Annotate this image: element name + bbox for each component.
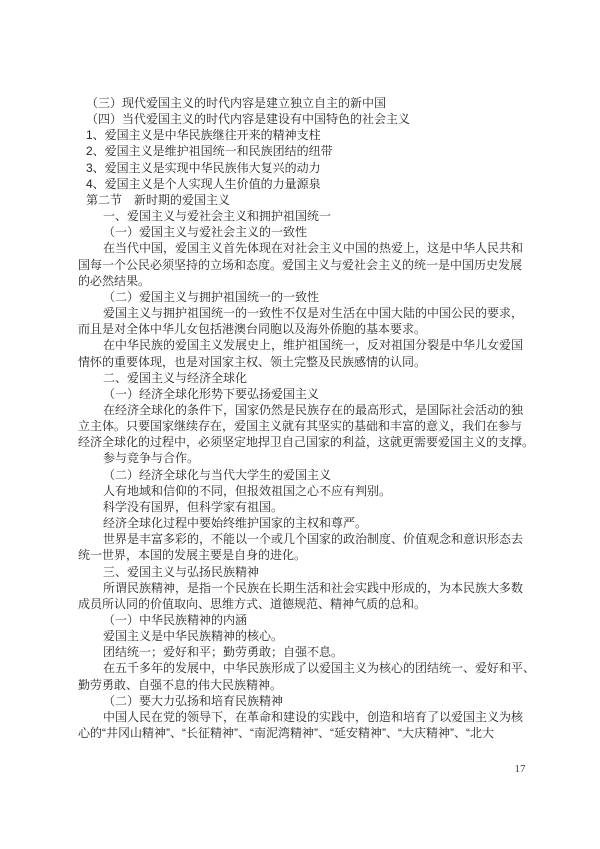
text-line: 中国人民在党的领导下，在革命和建设的实践中，创造和培育了以爱国主义为核 [78,709,538,725]
text-line: 经济全球化的过程中，必须坚定地捍卫自己国家的利益，这就更需要爱国主义的支撑。 [78,434,538,450]
page-number: 17 [510,763,530,775]
text-line: 统一世界，本国的发展主要是自身的进化。 [78,547,538,563]
text-line: 1、爱国主义是中华民族继往开来的精神支柱 [78,127,538,143]
text-line: （二）爱国主义与拥护祖国统一的一致性 [78,289,538,305]
text-line: 所谓民族精神，是指一个民族在长期生活和社会实践中形成的，为本民族大多数 [78,580,538,596]
text-line: 二、爱国主义与经济全球化 [78,370,538,386]
text-line: 参与竞争与合作。 [78,450,538,466]
text-line: 立主体。只要国家继续存在，爱国主义就有其坚实的基础和丰富的意义，我们在参与 [78,418,538,434]
text-line: （一）经济全球化形势下要弘扬爱国主义 [78,386,538,402]
text-line: 人有地域和信仰的不同，但报效祖国之心不应有判别。 [78,483,538,499]
text-line: （二）要大力弘扬和培育民族精神 [78,693,538,709]
page-text-block: （三）现代爱国主义的时代内容是建立独立自主的新中国（四）当代爱国主义的时代内容是… [78,95,538,741]
text-line: 心的“井冈山精神”、“长征精神”、“南泥湾精神”、“延安精神”、“大庆精神”、“… [78,725,538,741]
text-line: 三、爱国主义与弘扬民族精神 [78,564,538,580]
text-line: 爱国主义与拥护祖国统一的一致性不仅是对生活在中国大陆的中国公民的要求， [78,305,538,321]
text-line: 4、爱国主义是个人实现人生价值的力量源泉 [78,176,538,192]
text-line: 国每一个公民必须坚持的立场和态度。爱国主义与爱社会主义的统一是中国历史发展 [78,257,538,273]
text-line: 3、爱国主义是实现中华民族伟大复兴的动力 [78,160,538,176]
text-line: （三）现代爱国主义的时代内容是建立独立自主的新中国 [78,95,538,111]
text-line: （一）中华民族精神的内涵 [78,612,538,628]
text-line: 2、爱国主义是维护祖国统一和民族团结的纽带 [78,143,538,159]
text-line: （四）当代爱国主义的时代内容是建设有中国特色的社会主义 [78,111,538,127]
text-line: （二）经济全球化与当代大学生的爱国主义 [78,467,538,483]
text-line: 的必然结果。 [78,273,538,289]
text-line: 勤劳勇敢、自强不息的伟大民族精神。 [78,677,538,693]
text-line: 科学没有国界，但科学家有祖国。 [78,499,538,515]
text-line: 一、爱国主义与爱社会主义和拥护祖国统一 [78,208,538,224]
text-line: 在当代中国，爱国主义首先体现在对社会主义中国的热爱上，这是中华人民共和 [78,240,538,256]
text-line: 第二节 新时期的爱国主义 [78,192,538,208]
document-page: （三）现代爱国主义的时代内容是建立独立自主的新中国（四）当代爱国主义的时代内容是… [0,0,600,849]
text-line: 而且是对全体中华儿女包括港澳台同胞以及海外侨胞的基本要求。 [78,321,538,337]
text-line: 在五千多年的发展中，中华民族形成了以爱国主义为核心的团结统一、爱好和平、 [78,660,538,676]
text-line: 在经济全球化的条件下，国家仍然是民族存在的最高形式，是国际社会活动的独 [78,402,538,418]
text-line: 团结统一；爱好和平；勤劳勇敢；自强不息。 [78,644,538,660]
text-line: 成员所认同的价值取向、思维方式、道德规范、精神气质的总和。 [78,596,538,612]
text-line: （一）爱国主义与爱社会主义的一致性 [78,224,538,240]
text-line: 爱国主义是中华民族精神的核心。 [78,628,538,644]
text-line: 在中华民族的爱国主义发展史上，维护祖国统一，反对祖国分裂是中华儿女爱国 [78,337,538,353]
text-line: 情怀的重要体现，也是对国家主权、领土完整及民族感情的认同。 [78,354,538,370]
text-line: 经济全球化过程中要始终维护国家的主权和尊严。 [78,515,538,531]
text-line: 世界是丰富多彩的，不能以一个或几个国家的政治制度、价值观念和意识形态去 [78,531,538,547]
